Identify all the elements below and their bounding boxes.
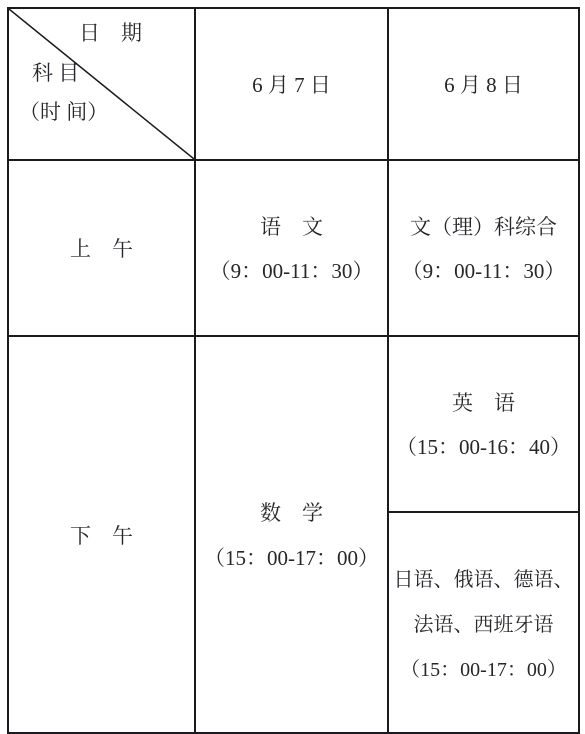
subject-text: 数 学 [260,497,323,527]
header-june8-cell: 6 月 8 日 [388,8,579,160]
morning-june8-content: 文（理）科综合 （9：00-11：30） [389,211,578,285]
time-text: （15：00-16：40） [396,431,571,461]
subject-text: 语 文 [260,211,323,241]
afternoon-june7-cell: 数 学 （15：00-17：00） [195,336,388,733]
time-text: （15：00-17：00） [204,542,379,572]
exam-schedule-table: 日 期 科 目 （时 间） 6 月 7 日 6 月 8 日 上 午 语 文 （9… [7,7,580,734]
time-text: （9：00-11：30） [402,255,566,285]
afternoon-june8-english-content: 英 语 （15：00-16：40） [389,387,578,461]
morning-june8-cell: 文（理）科综合 （9：00-11：30） [388,160,579,336]
subject-text: 文（理）科综合 [410,211,557,241]
morning-june7-content: 语 文 （9：00-11：30） [196,211,387,285]
afternoon-june8-english-cell: 英 语 （15：00-16：40） [388,336,579,512]
languages-line2: 法语、西班牙语 [414,608,554,637]
time-text: （15：00-17：00） [400,653,567,682]
languages-line1: 日语、俄语、德语、 [394,563,574,592]
afternoon-june8-languages-cell: 日语、俄语、德语、 法语、西班牙语 （15：00-17：00） [388,512,579,733]
time-text: （9：00-11：30） [210,255,374,285]
morning-june7-cell: 语 文 （9：00-11：30） [195,160,388,336]
afternoon-june8-languages-content: 日语、俄语、德语、 法语、西班牙语 （15：00-17：00） [389,563,578,682]
subject-header-label: 科 目 [32,57,79,87]
page: 日 期 科 目 （时 间） 6 月 7 日 6 月 8 日 上 午 语 文 （9… [0,0,585,427]
time-header-label: （时 间） [19,96,108,126]
afternoon-row-label: 下 午 [8,336,195,733]
date-header-label: 日 期 [79,17,142,47]
morning-row-label: 上 午 [8,160,195,336]
subject-text: 英 语 [452,387,515,417]
header-diagonal-cell: 日 期 科 目 （时 间） [8,8,195,160]
afternoon-june7-content: 数 学 （15：00-17：00） [196,497,387,572]
header-june7-cell: 6 月 7 日 [195,8,388,160]
